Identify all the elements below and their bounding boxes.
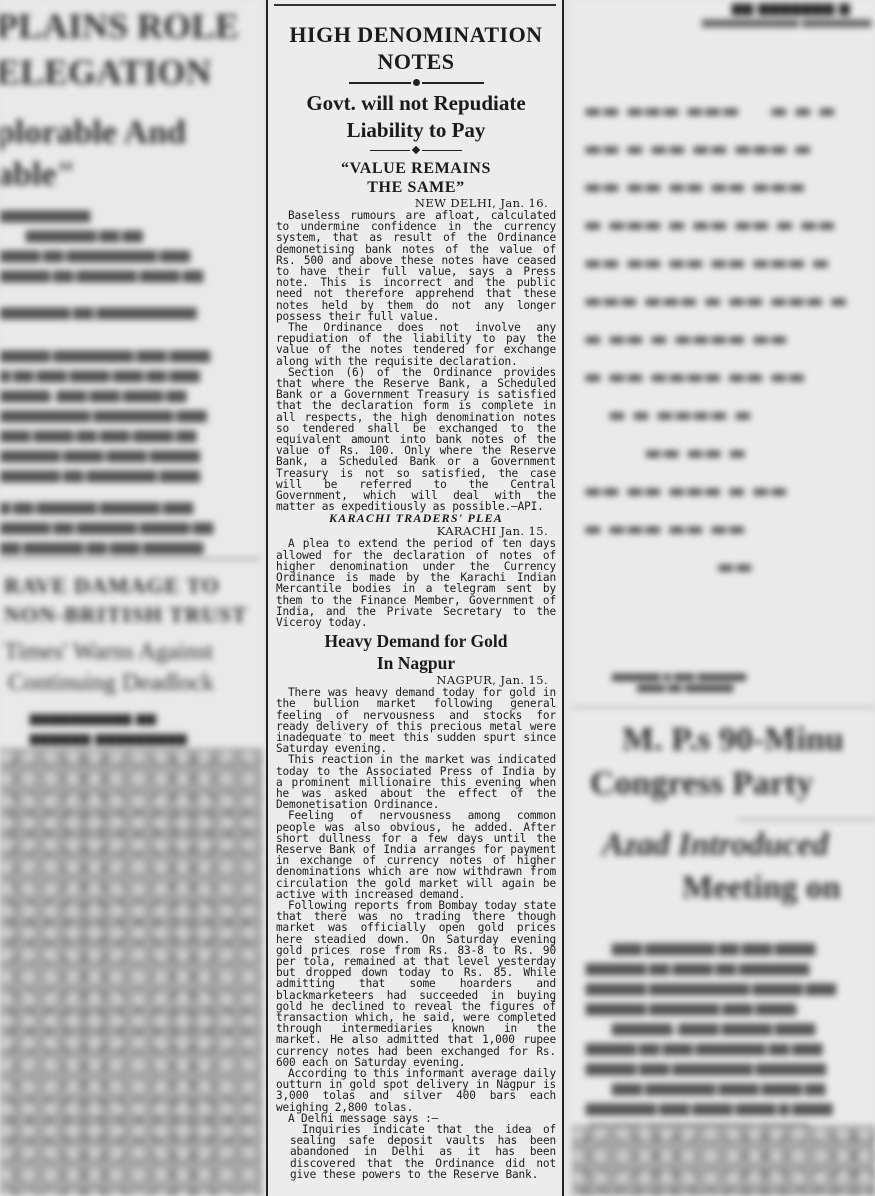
right-headline-1-line1: M. P.s 90-Minu xyxy=(622,722,844,758)
rule-diamond xyxy=(412,146,420,154)
right-headline-2-line2: Meeting on xyxy=(682,871,841,906)
left-blurred-column: PLAINS ROLE ELEGATION plorable And able"… xyxy=(0,0,262,1196)
left-body-1: ▆▆▆▆▆▆▆▆▆ ▆▆▆▆▆▆▆ ▆▆ ▆▆▆▆▆▆ ▆▆ ▆▆▆▆▆▆▆▆▆… xyxy=(0,205,245,285)
right-photo xyxy=(572,1125,875,1196)
article-deck: “VALUE REMAINS THE SAME” xyxy=(276,159,556,197)
deck-line-1: “VALUE REMAINS xyxy=(276,159,556,178)
rule-line xyxy=(370,150,410,151)
right-headline-2: Azad Introduced Meeting on xyxy=(602,828,841,905)
section-title-nagpur-line-2: In Nagpur xyxy=(276,652,556,674)
paragraph: Baseless rumours are afloat, calculated … xyxy=(276,210,556,322)
diamond-rule xyxy=(276,147,556,153)
section-title-nagpur: Heavy Demand for Gold In Nagpur xyxy=(276,630,556,674)
right-headline-1: M. P.s 90-Minu Congress Party xyxy=(622,722,844,801)
rule-line xyxy=(349,82,411,84)
left-photo xyxy=(0,748,262,1196)
top-rule xyxy=(274,4,556,6)
left-headline-3: RAVE DAMAGE TO NON-BRITISH TRUST xyxy=(4,574,247,626)
left-headline-1-line1: PLAINS ROLE xyxy=(0,8,239,46)
left-body-2: ▆▆▆▆▆▆▆ ▆▆ ▆▆▆▆▆▆▆▆▆▆ xyxy=(0,302,245,322)
right-rule xyxy=(737,819,875,820)
paragraph: According to this informant average dail… xyxy=(276,1068,556,1113)
delhi-message-paragraph: Inquiries indicate that the idea of seal… xyxy=(290,1124,556,1180)
right-body: ▆▆▆ ▆▆▆▆▆▆▆ ▆▆ ▆▆▆ ▆▆▆▆ ▆▆▆▆▆▆ ▆▆ ▆▆▆▆ ▆… xyxy=(586,938,875,1138)
left-headline-3-line1: RAVE DAMAGE TO xyxy=(4,574,247,597)
left-headline-1: PLAINS ROLE ELEGATION xyxy=(0,8,239,92)
right-masthead-sub: ▆▆▆▆▆▆▆▆▆▆▆▆▆▆ ▆▆▆▆▆▆▆▆▆▆ xyxy=(702,18,871,28)
left-headline-4: Times' Warns Against Continuing Deadlock xyxy=(4,640,214,696)
rule-dot xyxy=(413,79,420,86)
left-subhead: ▆▆▆▆▆▆▆▆▆▆ ▆▆▆▆▆▆▆▆ ▆▆▆▆▆▆▆▆▆ xyxy=(30,708,187,748)
paragraph: Feeling of nervousness among common peop… xyxy=(276,810,556,900)
paragraph: The Ordinance does not involve any repud… xyxy=(276,322,556,367)
right-headline-2-line1: Azad Introduced xyxy=(602,828,841,863)
section-title-nagpur-line-1: Heavy Demand for Gold xyxy=(276,630,556,652)
rule-line xyxy=(422,150,462,151)
article-headline: HIGH DENOMINATION NOTES xyxy=(276,21,556,75)
left-headline-4-line2: Continuing Deadlock xyxy=(4,671,214,696)
paragraph: Following reports from Bombay today stat… xyxy=(276,900,556,1068)
left-headline-4-line1: Times' Warns Against xyxy=(4,640,214,665)
left-body-4: ▆ ▆▆ ▆▆▆▆▆▆ ▆▆▆▆▆▆ ▆▆▆▆▆▆▆▆ ▆▆ ▆▆▆▆▆▆ ▆▆… xyxy=(0,497,245,557)
paragraph: Section (6) of the Ordinance provides th… xyxy=(276,367,556,513)
subheadline-line-2: Liability to Pay xyxy=(276,117,556,144)
rule-line xyxy=(422,82,484,84)
right-blurred-column: ▆▆ ▆▆▆▆▆▆▆ ▆ ▆▆▆▆▆▆▆▆▆▆▆▆▆▆ ▆▆▆▆▆▆▆▆▆▆ ▬… xyxy=(572,0,875,1196)
deck-line-2: THE SAME” xyxy=(276,178,556,197)
right-divider xyxy=(572,706,875,709)
subheadline-line-1: Govt. will not Repudiate xyxy=(276,90,556,117)
paragraph: This reaction in the market was indicate… xyxy=(276,754,556,810)
right-headline-1-line2: Congress Party xyxy=(590,766,844,802)
ornamental-rule xyxy=(276,79,556,86)
headline-line-2: NOTES xyxy=(276,48,556,75)
article-subheadline: Govt. will not Repudiate Liability to Pa… xyxy=(276,90,556,144)
right-caption: ▆▆▆▆▆▆▆ ▆ ▆▆▆ ▆▆▆▆▆▆▆ ▆▆▆▆ ▆▆ ▆▆▆▆▆▆▆ xyxy=(612,672,746,694)
headline-line-1: HIGH DENOMINATION xyxy=(276,21,556,48)
article-column: HIGH DENOMINATION NOTES Govt. will not R… xyxy=(266,0,564,1196)
left-headline-1-line2: ELEGATION xyxy=(0,54,239,92)
right-handwritten-letter: ▬▬ ▬▬▬ ▬▬▬ ▬ ▬ ▬ ▬▬ ▬ ▬▬ ▬▬ ▬▬▬ ▬ ▬▬ ▬▬ … xyxy=(584,92,875,586)
left-headline-2: plorable And able" xyxy=(0,115,186,192)
right-masthead: ▆▆ ▆▆▆▆▆▆▆ ▆ xyxy=(732,0,850,16)
left-headline-2-line1: plorable And xyxy=(0,115,186,151)
paragraph: There was heavy demand today for gold in… xyxy=(276,687,556,754)
left-body-3: ▆▆▆▆▆ ▆▆▆▆▆▆▆▆ ▆▆▆ ▆▆▆▆▆ ▆▆ ▆▆▆ ▆▆▆▆ ▆▆▆… xyxy=(0,345,245,485)
left-headline-2-line2: able" xyxy=(0,157,186,193)
paragraph: A plea to extend the period of ten days … xyxy=(276,538,556,628)
left-divider xyxy=(0,558,260,560)
left-headline-3-line2: NON-BRITISH TRUST xyxy=(4,603,247,626)
